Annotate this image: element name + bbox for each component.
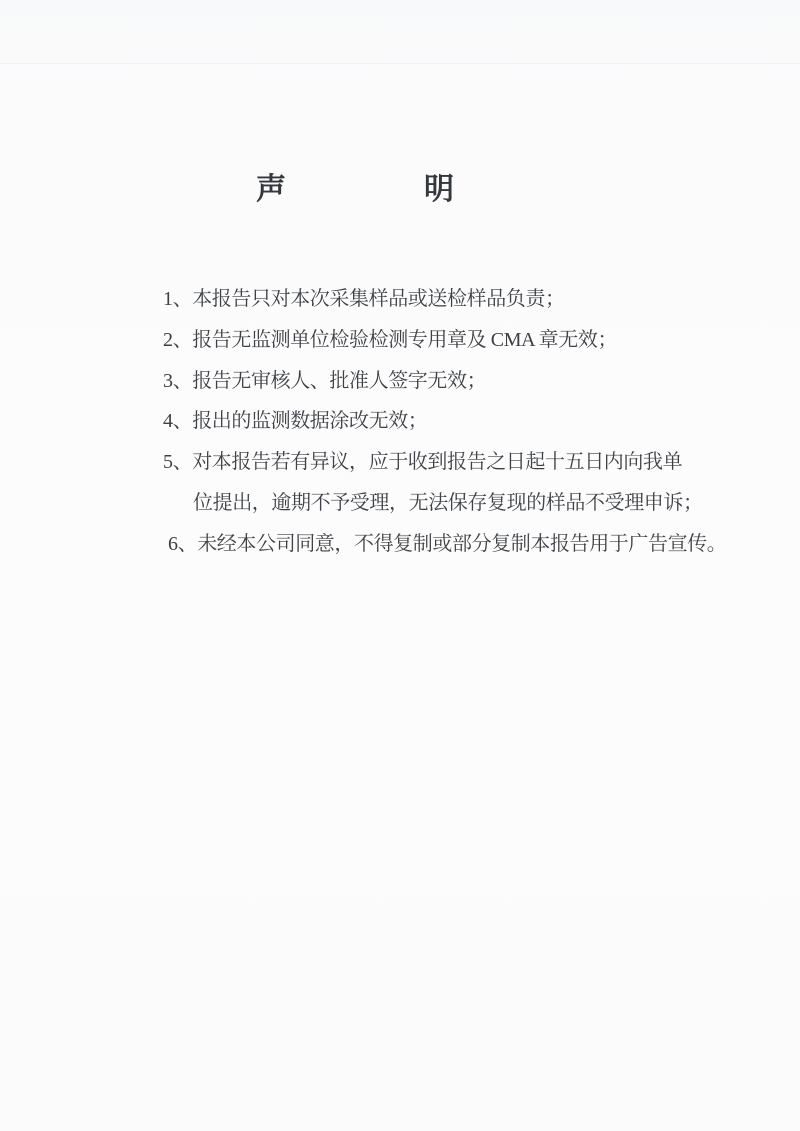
scanned-statement-page: 声 明 1、本报告只对本次采集样品或送检样品负责； 2、报告无监测单位检验检测专… bbox=[0, 0, 800, 1131]
scan-seam-line bbox=[0, 63, 800, 64]
statement-line-7-marker: 6、 bbox=[168, 533, 197, 555]
page-title: 声 明 bbox=[256, 175, 454, 205]
statement-line-3: 3、报告无审核人、批准人签字无效； bbox=[163, 370, 486, 392]
statement-line-5-text: 对本报告若有异议，应于收到报告之日起十五日内向我单 bbox=[192, 451, 682, 473]
statement-line-6: 6、未经本公司同意，不得复制或部分复制本报告用于广告宣传。 bbox=[168, 533, 726, 555]
statement-line-7-text: 未经本公司同意，不得复制或部分复制本报告用于广告宣传。 bbox=[197, 533, 726, 555]
statement-line-5-marker: 5、 bbox=[163, 451, 192, 473]
statement-line-2-marker: 2、 bbox=[163, 329, 192, 351]
statement-line-4-marker: 4、 bbox=[163, 410, 192, 432]
statement-line-3-marker: 3、 bbox=[163, 370, 192, 392]
statement-line-4: 4、报出的监测数据涂改无效； bbox=[163, 410, 427, 432]
statement-line-1-marker: 1、 bbox=[163, 288, 192, 310]
statement-line-1: 1、本报告只对本次采集样品或送检样品负责； bbox=[163, 288, 565, 310]
statement-line-2-text: 报告无监测单位检验检测专用章及 CMA 章无效； bbox=[192, 329, 617, 351]
statement-line-4-text: 报出的监测数据涂改无效； bbox=[192, 410, 427, 432]
statement-line-1-text: 本报告只对本次采集样品或送检样品负责； bbox=[192, 288, 564, 310]
statement-line-3-text: 报告无审核人、批准人签字无效； bbox=[192, 370, 486, 392]
statement-line-5-continuation: 位提出，逾期不予受理，无法保存复现的样品不受理申诉； bbox=[193, 492, 703, 514]
title-char-ming: 明 bbox=[424, 175, 454, 205]
statement-line-6-text: 位提出，逾期不予受理，无法保存复现的样品不受理申诉； bbox=[193, 492, 703, 514]
statement-line-5: 5、对本报告若有异议，应于收到报告之日起十五日内向我单 bbox=[163, 451, 682, 473]
title-char-sheng: 声 bbox=[256, 175, 286, 205]
statement-line-2: 2、报告无监测单位检验检测专用章及 CMA 章无效； bbox=[163, 329, 617, 351]
